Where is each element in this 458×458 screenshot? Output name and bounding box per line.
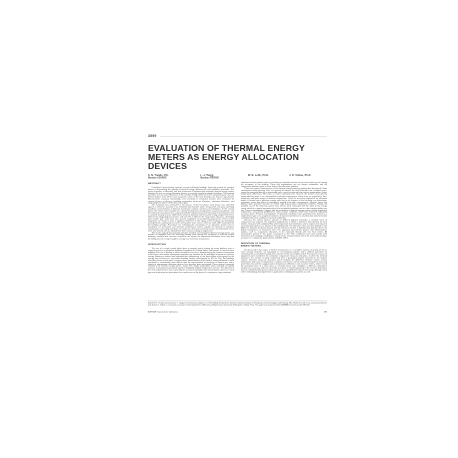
author-name: J. D. Tobias, Ph.D. xyxy=(289,174,327,177)
page-title: EVALUATION OF THERMAL ENERGY METERS AS E… xyxy=(148,144,327,171)
author-2: L. J. Twigg Member ASHRAE xyxy=(200,174,248,180)
scan-background: 3599 EVALUATION OF THERMAL ENERGY METERS… xyxy=(0,0,458,458)
author-byline-row: S. N. Treado, P.E. Member ASHRAE L. J. T… xyxy=(148,174,327,180)
author-4: J. D. Tobias, Ph.D. xyxy=(289,174,327,180)
abstract-paragraph-2: The evaluation was conducted in two phas… xyxy=(148,204,234,232)
title-line-2: METERS AS ENERGY ALLOCATION xyxy=(148,153,327,162)
abstract-paragraph-3: The results indicate that properly selec… xyxy=(148,232,234,240)
author-affiliation: Member ASHRAE xyxy=(200,177,248,179)
scanned-paper-page: 3599 EVALUATION OF THERMAL ENERGY METERS… xyxy=(148,134,327,324)
author-name: W. B. Leith, Ph.D. xyxy=(248,174,289,177)
abstract-paragraph-1: Centralized space-heating systems servin… xyxy=(148,187,234,205)
author-affiliation: Member ASHRAE xyxy=(148,177,200,179)
author-3: W. B. Leith, Ph.D. xyxy=(248,174,289,180)
definition-paragraph-1: As discussed in this paper, a thermal en… xyxy=(241,249,327,273)
body-paragraph-1: There are several characteristics of the… xyxy=(241,188,327,220)
page-footer: ASHRAE Transactions: Symposia 483 xyxy=(148,311,327,313)
page-number: 483 xyxy=(324,311,327,313)
author-1: S. N. Treado, P.E. Member ASHRAE xyxy=(148,174,200,180)
definition-heading: DEFINITION OF THERMAL ENERGY METERS xyxy=(241,243,327,248)
body-paragraph-2: Because the various devices operate on d… xyxy=(241,219,327,239)
abstract-heading: ABSTRACT xyxy=(148,182,234,184)
title-line-3: DEVICES xyxy=(148,162,327,171)
page-content: 3599 EVALUATION OF THERMAL ENERGY METERS… xyxy=(148,134,327,313)
introduction-heading: INTRODUCTION xyxy=(148,244,234,246)
body-columns: ABSTRACT Centralized space-heating syste… xyxy=(148,182,327,297)
publication-name: ASHRAE Transactions: Symposia xyxy=(148,311,178,313)
title-line-1: EVALUATION OF THERMAL ENERGY xyxy=(148,144,327,153)
left-column: ABSTRACT Centralized space-heating syste… xyxy=(148,182,234,297)
definition-heading-line-2: ENERGY METERS xyxy=(241,245,327,247)
header-row: 3599 xyxy=(148,134,327,138)
introduction-paragraph-1: The use of a single central boiler plant… xyxy=(148,248,234,274)
right-column: individual thermal comfort while still p… xyxy=(241,182,327,297)
paper-number: 3599 xyxy=(148,134,157,138)
author-footnote: Stephen N. Treado and Lawrence J. Twigg … xyxy=(148,301,327,307)
